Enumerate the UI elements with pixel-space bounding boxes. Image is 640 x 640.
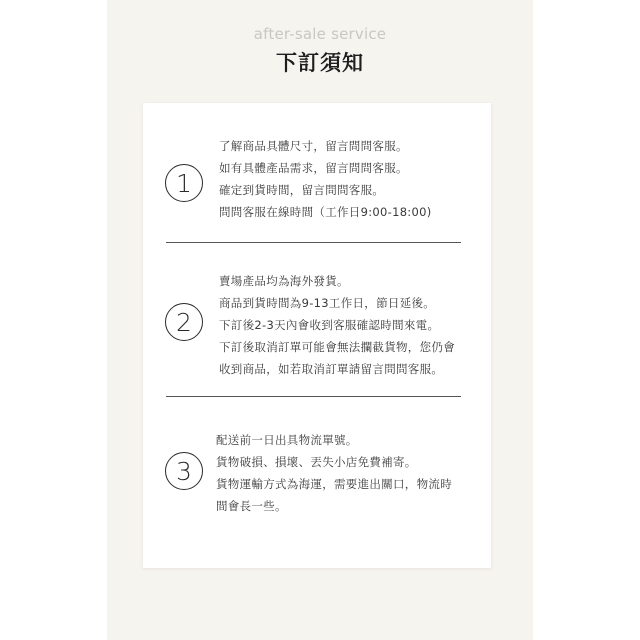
number-3-circle-icon: 3 xyxy=(165,452,203,490)
notice-lines: 了解商品具體尺寸，留言問問客服。 如有具體產品需求，留言問問客服。 確定到貨時間… xyxy=(219,135,432,223)
notice-line: 貨物運輸方式為海運，需要進出關口，物流時 xyxy=(216,473,452,495)
section-divider xyxy=(166,396,461,397)
notice-line: 問問客服在線時間（工作日9:00-18:00) xyxy=(219,201,432,223)
section-subtitle: after-sale service xyxy=(107,25,533,43)
notice-line: 貨物破損、損壞、丟失小店免費補寄。 xyxy=(216,451,452,473)
notice-lines: 賣場產品均為海外發貨。 商品到貨時間為9-13工作日，節日延後。 下訂後2-3天… xyxy=(219,270,455,380)
section-number: 2 xyxy=(176,308,192,337)
notice-line: 收到商品，如若取消訂單請留言問問客服。 xyxy=(219,358,455,380)
number-2-circle-icon: 2 xyxy=(165,303,203,341)
notice-line: 賣場產品均為海外發貨。 xyxy=(219,270,455,292)
notice-line: 商品到貨時間為9-13工作日，節日延後。 xyxy=(219,292,455,314)
notice-card: 1 了解商品具體尺寸，留言問問客服。 如有具體產品需求，留言問問客服。 確定到貨… xyxy=(143,103,491,568)
page-title: 下訂須知 xyxy=(107,47,533,77)
notice-lines: 配送前一日出具物流單號。 貨物破損、損壞、丟失小店免費補寄。 貨物運輸方式為海運… xyxy=(216,429,452,517)
notice-line: 如有具體產品需求，留言問問客服。 xyxy=(219,157,432,179)
notice-line: 了解商品具體尺寸，留言問問客服。 xyxy=(219,135,432,157)
notice-line: 下訂後2-3天內會收到客服確認時間來電。 xyxy=(219,314,455,336)
notice-line: 下訂後取消訂單可能會無法攔截貨物，您仍會 xyxy=(219,336,455,358)
notice-line: 確定到貨時間，留言問問客服。 xyxy=(219,179,432,201)
section-number: 3 xyxy=(176,457,192,486)
section-number: 1 xyxy=(176,169,192,198)
section-divider xyxy=(166,242,461,243)
notice-line: 間會長一些。 xyxy=(216,495,452,517)
notice-line: 配送前一日出具物流單號。 xyxy=(216,429,452,451)
number-1-circle-icon: 1 xyxy=(165,164,203,202)
